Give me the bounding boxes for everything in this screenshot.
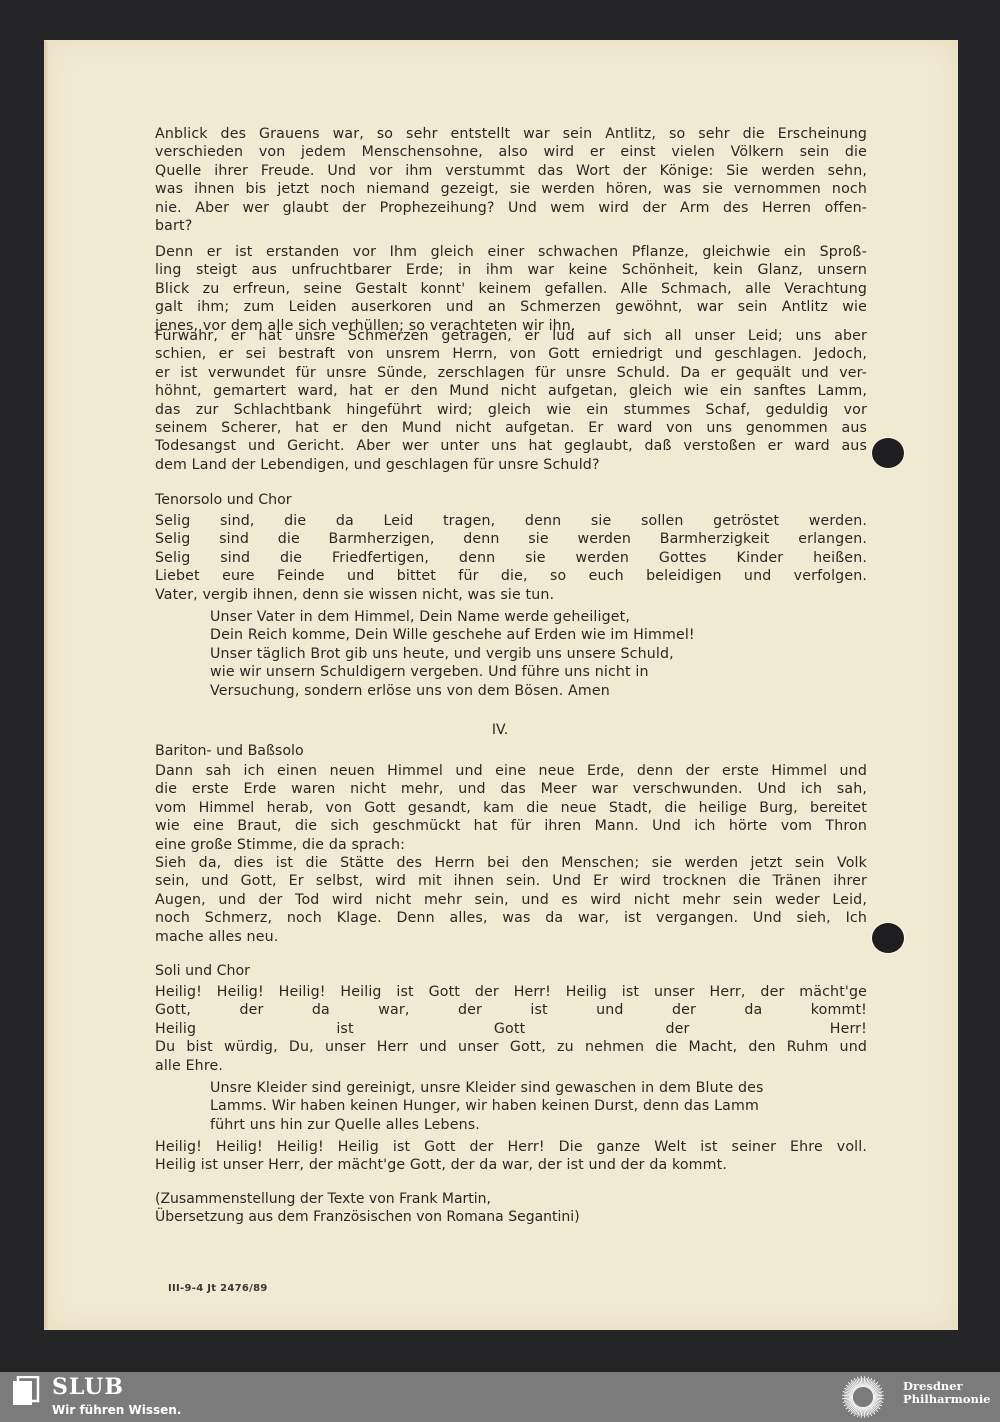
text-line: seinem Scherer, hat er den Mund nicht au…: [155, 419, 867, 437]
text-line: Übersetzung aus dem Französischen von Ro…: [155, 1208, 580, 1226]
paragraph-staette: Sieh da, dies ist die Stätte des Herrn b…: [155, 854, 867, 946]
paragraph-pflanze: Denn er ist erstanden vor Ihm gleich ein…: [155, 243, 867, 335]
text-line: Selig sind die Friedfertigen, denn sie w…: [155, 549, 867, 567]
text-line: Selig sind, die da Leid tragen, denn sie…: [155, 512, 867, 530]
text-line: wie eine Braut, die sich geschmückt hat …: [155, 817, 867, 835]
text-line: sein, und Gott, Er selbst, wird mit ihne…: [155, 872, 867, 890]
page-edge: [44, 41, 47, 1329]
paragraph-schmerzen: Fürwahr, er hat unsre Schmerzen getragen…: [155, 327, 867, 474]
text-line: Versuchung, sondern erlöse uns von dem B…: [210, 682, 695, 700]
text-line: Heilig! Heilig! Heilig! Heilig ist Gott …: [155, 1138, 867, 1156]
text-line: Dann sah ich einen neuen Himmel und eine…: [155, 762, 867, 780]
text-line: das zur Schlachtbank hingeführt wird; gl…: [155, 401, 867, 419]
text-line: die erste Erde waren nicht mehr, und das…: [155, 780, 867, 798]
slub-tagline: Wir führen Wissen.: [52, 1403, 181, 1417]
heading-tenorsolo: Tenorsolo und Chor: [155, 492, 292, 508]
heading-soli-chor: Soli und Chor: [155, 963, 250, 979]
text-line: Dein Reich komme, Dein Wille geschehe au…: [210, 626, 695, 644]
heading-bariton: Bariton- und Baßsolo: [155, 743, 304, 759]
text-line: was ihnen bis jetzt noch niemand gezeigt…: [155, 180, 867, 198]
text-line: Selig sind die Barmherzigen, denn sie we…: [155, 530, 867, 548]
text-line: dem Land der Lebendigen, und geschlagen …: [155, 456, 867, 474]
text-line: alle Ehre.: [155, 1057, 867, 1075]
text-line: führt uns hin zur Quelle alles Lebens.: [210, 1116, 868, 1134]
text-line: (Zusammenstellung der Texte von Frank Ma…: [155, 1190, 580, 1208]
paragraph-grauen: Anblick des Grauens war, so sehr entstel…: [155, 125, 867, 235]
text-line: vom Himmel herab, von Gott gesandt, kam …: [155, 799, 867, 817]
text-line: Unsre Kleider sind gereinigt, unsre Klei…: [210, 1079, 868, 1097]
text-line: verschieden von jedem Menschensohne, als…: [155, 143, 867, 161]
slub-logo-icon: [12, 1376, 40, 1406]
text-line: mache alles neu.: [155, 928, 867, 946]
text-line: Liebet eure Feinde und bittet für die, s…: [155, 567, 867, 585]
text-line: bart?: [155, 217, 867, 235]
text-line: Vater, vergib ihnen, denn sie wissen nic…: [155, 586, 867, 604]
paragraph-vaterunser: Unser Vater in dem Himmel, Dein Name wer…: [210, 608, 695, 700]
text-line: Lamms. Wir haben keinen Hunger, wir habe…: [210, 1097, 868, 1115]
text-line: Unser täglich Brot gib uns heute, und ve…: [210, 645, 695, 663]
text-line: Blick zu erfreun, seine Gestalt konnt' k…: [155, 280, 867, 298]
text-line: noch Schmerz, noch Klage. Denn alles, wa…: [155, 909, 867, 927]
text-line: Denn er ist erstanden vor Ihm gleich ein…: [155, 243, 867, 261]
footer-bar: SLUB Wir führen Wissen. Dresdner Philhar…: [0, 1372, 1000, 1422]
text-line: Anblick des Grauens war, so sehr entstel…: [155, 125, 867, 143]
philharmonie-brand[interactable]: Dresdner Philharmonie: [903, 1380, 991, 1406]
paragraph-lamm: Unsre Kleider sind gereinigt, unsre Klei…: [210, 1079, 868, 1134]
text-line: schien, er sei bestraft von unsrem Herrn…: [155, 345, 867, 363]
text-line: Du bist würdig, Du, unser Herr und unser…: [155, 1038, 867, 1056]
text-line: Fürwahr, er hat unsre Schmerzen getragen…: [155, 327, 867, 345]
text-line: er ist verwundet für unsre Sünde, zersch…: [155, 364, 867, 382]
text-line: Gott, der da war, der ist und der da kom…: [155, 1001, 867, 1019]
punch-hole: [872, 438, 904, 468]
section-number: IV.: [0, 722, 1000, 738]
print-code: III-9-4 Jt 2476/89: [168, 1283, 268, 1294]
text-line: wie wir unsern Schuldigern vergeben. Und…: [210, 663, 695, 681]
philharmonie-logo-icon: [840, 1374, 886, 1420]
punch-hole: [872, 923, 904, 953]
text-line: Heilig ist unser Herr, der mächt'ge Gott…: [155, 1156, 867, 1174]
text-line: galt ihm; zum Leiden auserkoren und an S…: [155, 298, 867, 316]
text-line: Todesangst und Gericht. Aber wer unter u…: [155, 437, 867, 455]
text-line: eine große Stimme, die da sprach:: [155, 836, 867, 854]
text-line: Quelle ihrer Freude. Und vor ihm verstum…: [155, 162, 867, 180]
text-line: Heilig ist Gott der Herr!: [155, 1020, 867, 1038]
translation-credit: (Zusammenstellung der Texte von Frank Ma…: [155, 1190, 580, 1227]
paragraph-heilig: Heilig! Heilig! Heilig! Heilig ist Gott …: [155, 983, 867, 1075]
paragraph-seligpreisungen: Selig sind, die da Leid tragen, denn sie…: [155, 512, 867, 604]
slub-brand[interactable]: SLUB: [52, 1374, 124, 1400]
philharmonie-line2: Philharmonie: [903, 1393, 991, 1406]
text-line: nie. Aber wer glaubt der Prophezeihung? …: [155, 199, 867, 217]
text-line: Unser Vater in dem Himmel, Dein Name wer…: [210, 608, 695, 626]
paragraph-neuer-himmel: Dann sah ich einen neuen Himmel und eine…: [155, 762, 867, 854]
paragraph-heilig-final: Heilig! Heilig! Heilig! Heilig ist Gott …: [155, 1138, 867, 1175]
text-line: Heilig! Heilig! Heilig! Heilig ist Gott …: [155, 983, 867, 1001]
text-line: ling steigt aus unfruchtbarer Erde; in i…: [155, 261, 867, 279]
text-line: Augen, und der Tod wird nicht mehr sein,…: [155, 891, 867, 909]
text-line: Sieh da, dies ist die Stätte des Herrn b…: [155, 854, 867, 872]
text-line: höhnt, gemartert ward, hat er den Mund n…: [155, 382, 867, 400]
